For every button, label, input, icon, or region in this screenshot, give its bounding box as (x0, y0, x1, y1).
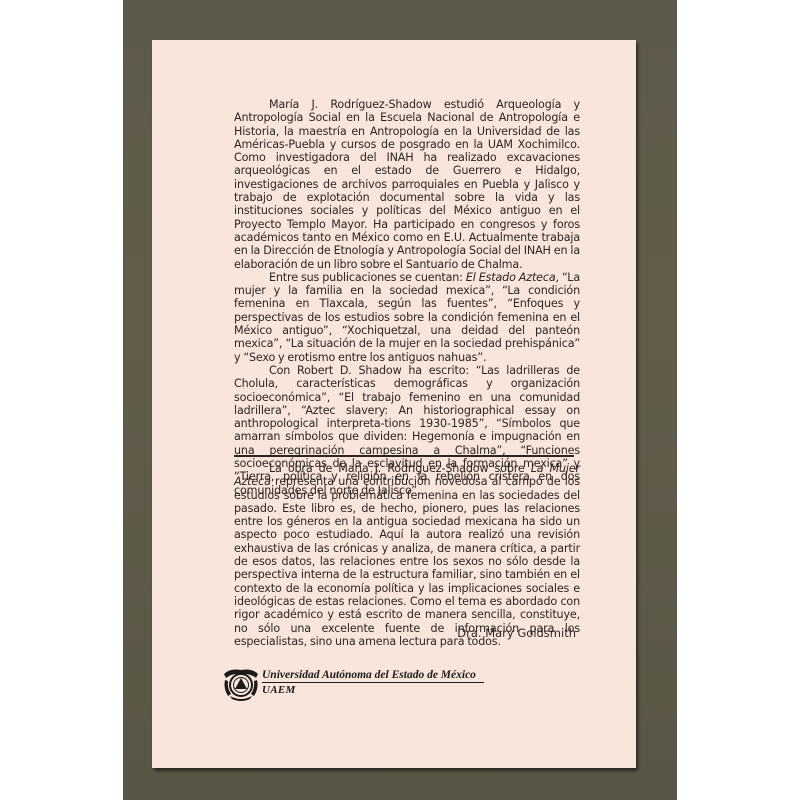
review-signature: Dra. Mary Goldsmith (457, 626, 576, 640)
book-review: La obra de María J. Rodríguez-Shadow sob… (234, 462, 580, 648)
review-paragraph: La obra de María J. Rodríguez-Shadow sob… (234, 462, 580, 648)
author-bio: María J. Rodríguez-Shadow estudió Arqueo… (234, 98, 580, 497)
section-divider (234, 455, 574, 457)
publisher-name: Universidad Autónoma del Estado de Méxic… (262, 669, 484, 683)
publisher-text: Universidad Autónoma del Estado de Méxic… (262, 669, 484, 696)
bio-paragraph-publications: Entre sus publicaciones se cuentan: El E… (234, 271, 580, 364)
bio-paragraph-education: María J. Rodríguez-Shadow estudió Arqueo… (234, 98, 580, 271)
university-crest-icon (222, 666, 260, 702)
publication-title: El Estado Azteca (466, 271, 556, 284)
publisher-abbreviation: UAEM (262, 684, 484, 696)
book-back-cover: María J. Rodríguez-Shadow estudió Arqueo… (152, 40, 636, 768)
publisher-logo: Universidad Autónoma del Estado de Méxic… (222, 666, 484, 702)
